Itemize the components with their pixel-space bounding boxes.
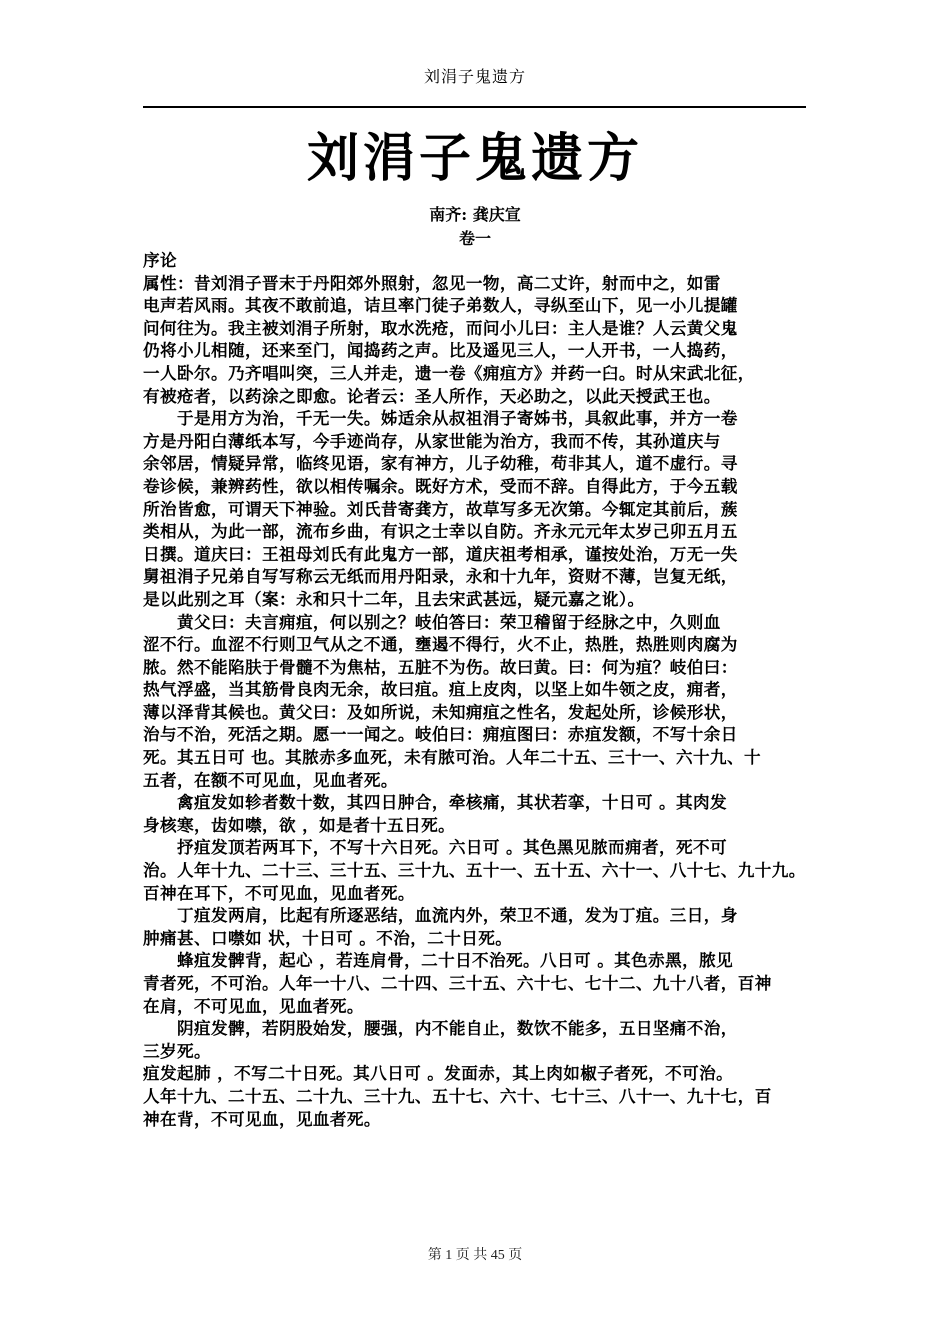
author-line: 南齐: 龚庆宣 <box>0 202 950 225</box>
text-line: 电声若风雨。其夜不敢前追，诘旦率门徒子弟数人，寻纵至山下，见一小儿提罐 <box>143 294 813 317</box>
volume-heading: 卷一 <box>0 226 950 249</box>
text-line: 热气浮盛，当其筋骨良肉无余，故曰疽。疽上皮肉，以坚上如牛领之皮，痈者， <box>143 678 813 701</box>
text-line: 青者死，不可治。人年一十八、二十四、三十五、六十七、七十二、九十八者，百神 <box>143 972 813 995</box>
text-line: 五者，在额不可见血，见血者死。 <box>143 769 813 792</box>
text-line: 丁疽发两肩，比起有所逐恶结，血流内外，荣卫不通，发为丁疽。三日，身 <box>143 904 813 927</box>
text-line: 仍将小儿相随，还来至门，闻捣药之声。比及遥见三人，一人开书，一人捣药， <box>143 339 813 362</box>
text-line: 百神在耳下，不可见血，见血者死。 <box>143 882 813 905</box>
section-heading: 序论 <box>143 249 813 272</box>
text-line: 疽发起肺 ，不写二十日死。其八日可 。发面赤，其上肉如椒子者死，不可治。 <box>143 1062 813 1085</box>
text-line: 在肩，不可见血，见血者死。 <box>143 995 813 1018</box>
text-line: 身核寒，齿如噤，欲 ，如是者十五日死。 <box>143 814 813 837</box>
text-line: 神在背，不可见血，见血者死。 <box>143 1108 813 1131</box>
text-line: 有被疮者，以药涂之即愈。论者云：圣人所作，天必助之，以此天授武王也。 <box>143 385 813 408</box>
text-line: 是以此别之耳（案：永和只十二年，且去宋武甚远，疑元嘉之讹）。 <box>143 588 813 611</box>
text-line: 一人卧尔。乃齐唱叫突，三人并走，遗一卷《痈疽方》并药一臼。时从宋武北征， <box>143 362 813 385</box>
text-line: 死。其五日可 也。其脓赤多血死，未有脓可治。人年二十五、三十一、六十九、十 <box>143 746 813 769</box>
text-line: 涩不行。血涩不行则卫气从之不通，壅遏不得行，火不止，热胜，热胜则肉腐为 <box>143 633 813 656</box>
header-rule <box>143 106 806 108</box>
text-line: 问何往为。我主被刘涓子所射，取水洗疮，而问小儿曰：主人是谁？人云黄父鬼 <box>143 317 813 340</box>
text-line: 方是丹阳白薄纸本写，今手迹尚存，从家世能为治方，我而不传，其孙道庆与 <box>143 430 813 453</box>
text-line: 脓。然不能陷肤于骨髓不为焦枯，五脏不为伤。故曰黄。曰：何为疽？岐伯曰： <box>143 656 813 679</box>
text-line: 禽疽发如轸者数十数，其四日肿合，牵核痛，其状若挛，十日可 。其肉发 <box>143 791 813 814</box>
text-line: 黄父曰：夫言痈疽，何以别之？岐伯答曰：荣卫稽留于经脉之中，久则血 <box>143 611 813 634</box>
text-line: 治与不治，死活之期。愿一一闻之。岐伯曰：痈疽图曰：赤疽发额，不写十余日 <box>143 723 813 746</box>
text-line: 所治皆愈，可谓天下神验。刘氏昔寄龚方，故草写多无次第。今辄定其前后，蔟 <box>143 498 813 521</box>
body-text: 序论 属性：昔刘涓子晋末于丹阳郊外照射，忽见一物，高二丈许，射而中之，如雷 电声… <box>143 249 813 1130</box>
text-line: 肿痛甚、口噤如 状，十日可 。不治，二十日死。 <box>143 927 813 950</box>
text-line: 人年十九、二十五、二十九、三十九、五十七、六十、七十三、八十一、九十七，百 <box>143 1085 813 1108</box>
page-indicator: 第 1 页 共 45 页 <box>0 1244 950 1264</box>
text-line: 阴疽发髀，若阴股始发，腰强，内不能自止，数饮不能多，五日坚痛不治， <box>143 1017 813 1040</box>
document-title: 刘涓子鬼遗方 <box>0 124 950 194</box>
text-line: 抒疽发顶若两耳下，不写十六日死。六日可 。其色黑见脓而痈者，死不可 <box>143 836 813 859</box>
text-line: 治。人年十九、二十三、三十五、三十九、五十一、五十五、六十一、八十七、九十九。 <box>143 859 813 882</box>
text-line: 类相从，为此一部，流布乡曲，有识之士幸以自防。齐永元元年太岁己卯五月五 <box>143 520 813 543</box>
running-header: 刘涓子鬼遗方 <box>0 64 950 87</box>
text-line: 薄以泽背其候也。黄父曰：及如所说，未知痈疽之性名，发起处所，诊候形状， <box>143 701 813 724</box>
text-line: 蜂疽发髀背，起心 ，若连肩骨，二十日不治死。八日可 。其色赤黑，脓见 <box>143 949 813 972</box>
text-line: 舅祖涓子兄弟自写写称云无纸而用丹阳录，永和十九年，资财不薄，岂复无纸， <box>143 565 813 588</box>
text-line: 日撰。道庆曰：王祖母刘氏有此鬼方一部，道庆祖考相承，谨按处治，万无一失 <box>143 543 813 566</box>
text-line: 卷诊候，兼辨药性，欲以相传嘱余。既好方术，受而不辞。自得此方，于今五载 <box>143 475 813 498</box>
text-line: 三岁死。 <box>143 1040 813 1063</box>
text-line: 于是用方为治，千无一失。姊适余从叔祖涓子寄姊书，具叙此事，并方一卷 <box>143 407 813 430</box>
text-line: 属性：昔刘涓子晋末于丹阳郊外照射，忽见一物，高二丈许，射而中之，如雷 <box>143 272 813 295</box>
text-line: 余邻居，情疑异常，临终见语，家有神方，儿子幼稚，苟非其人，道不虚行。寻 <box>143 452 813 475</box>
